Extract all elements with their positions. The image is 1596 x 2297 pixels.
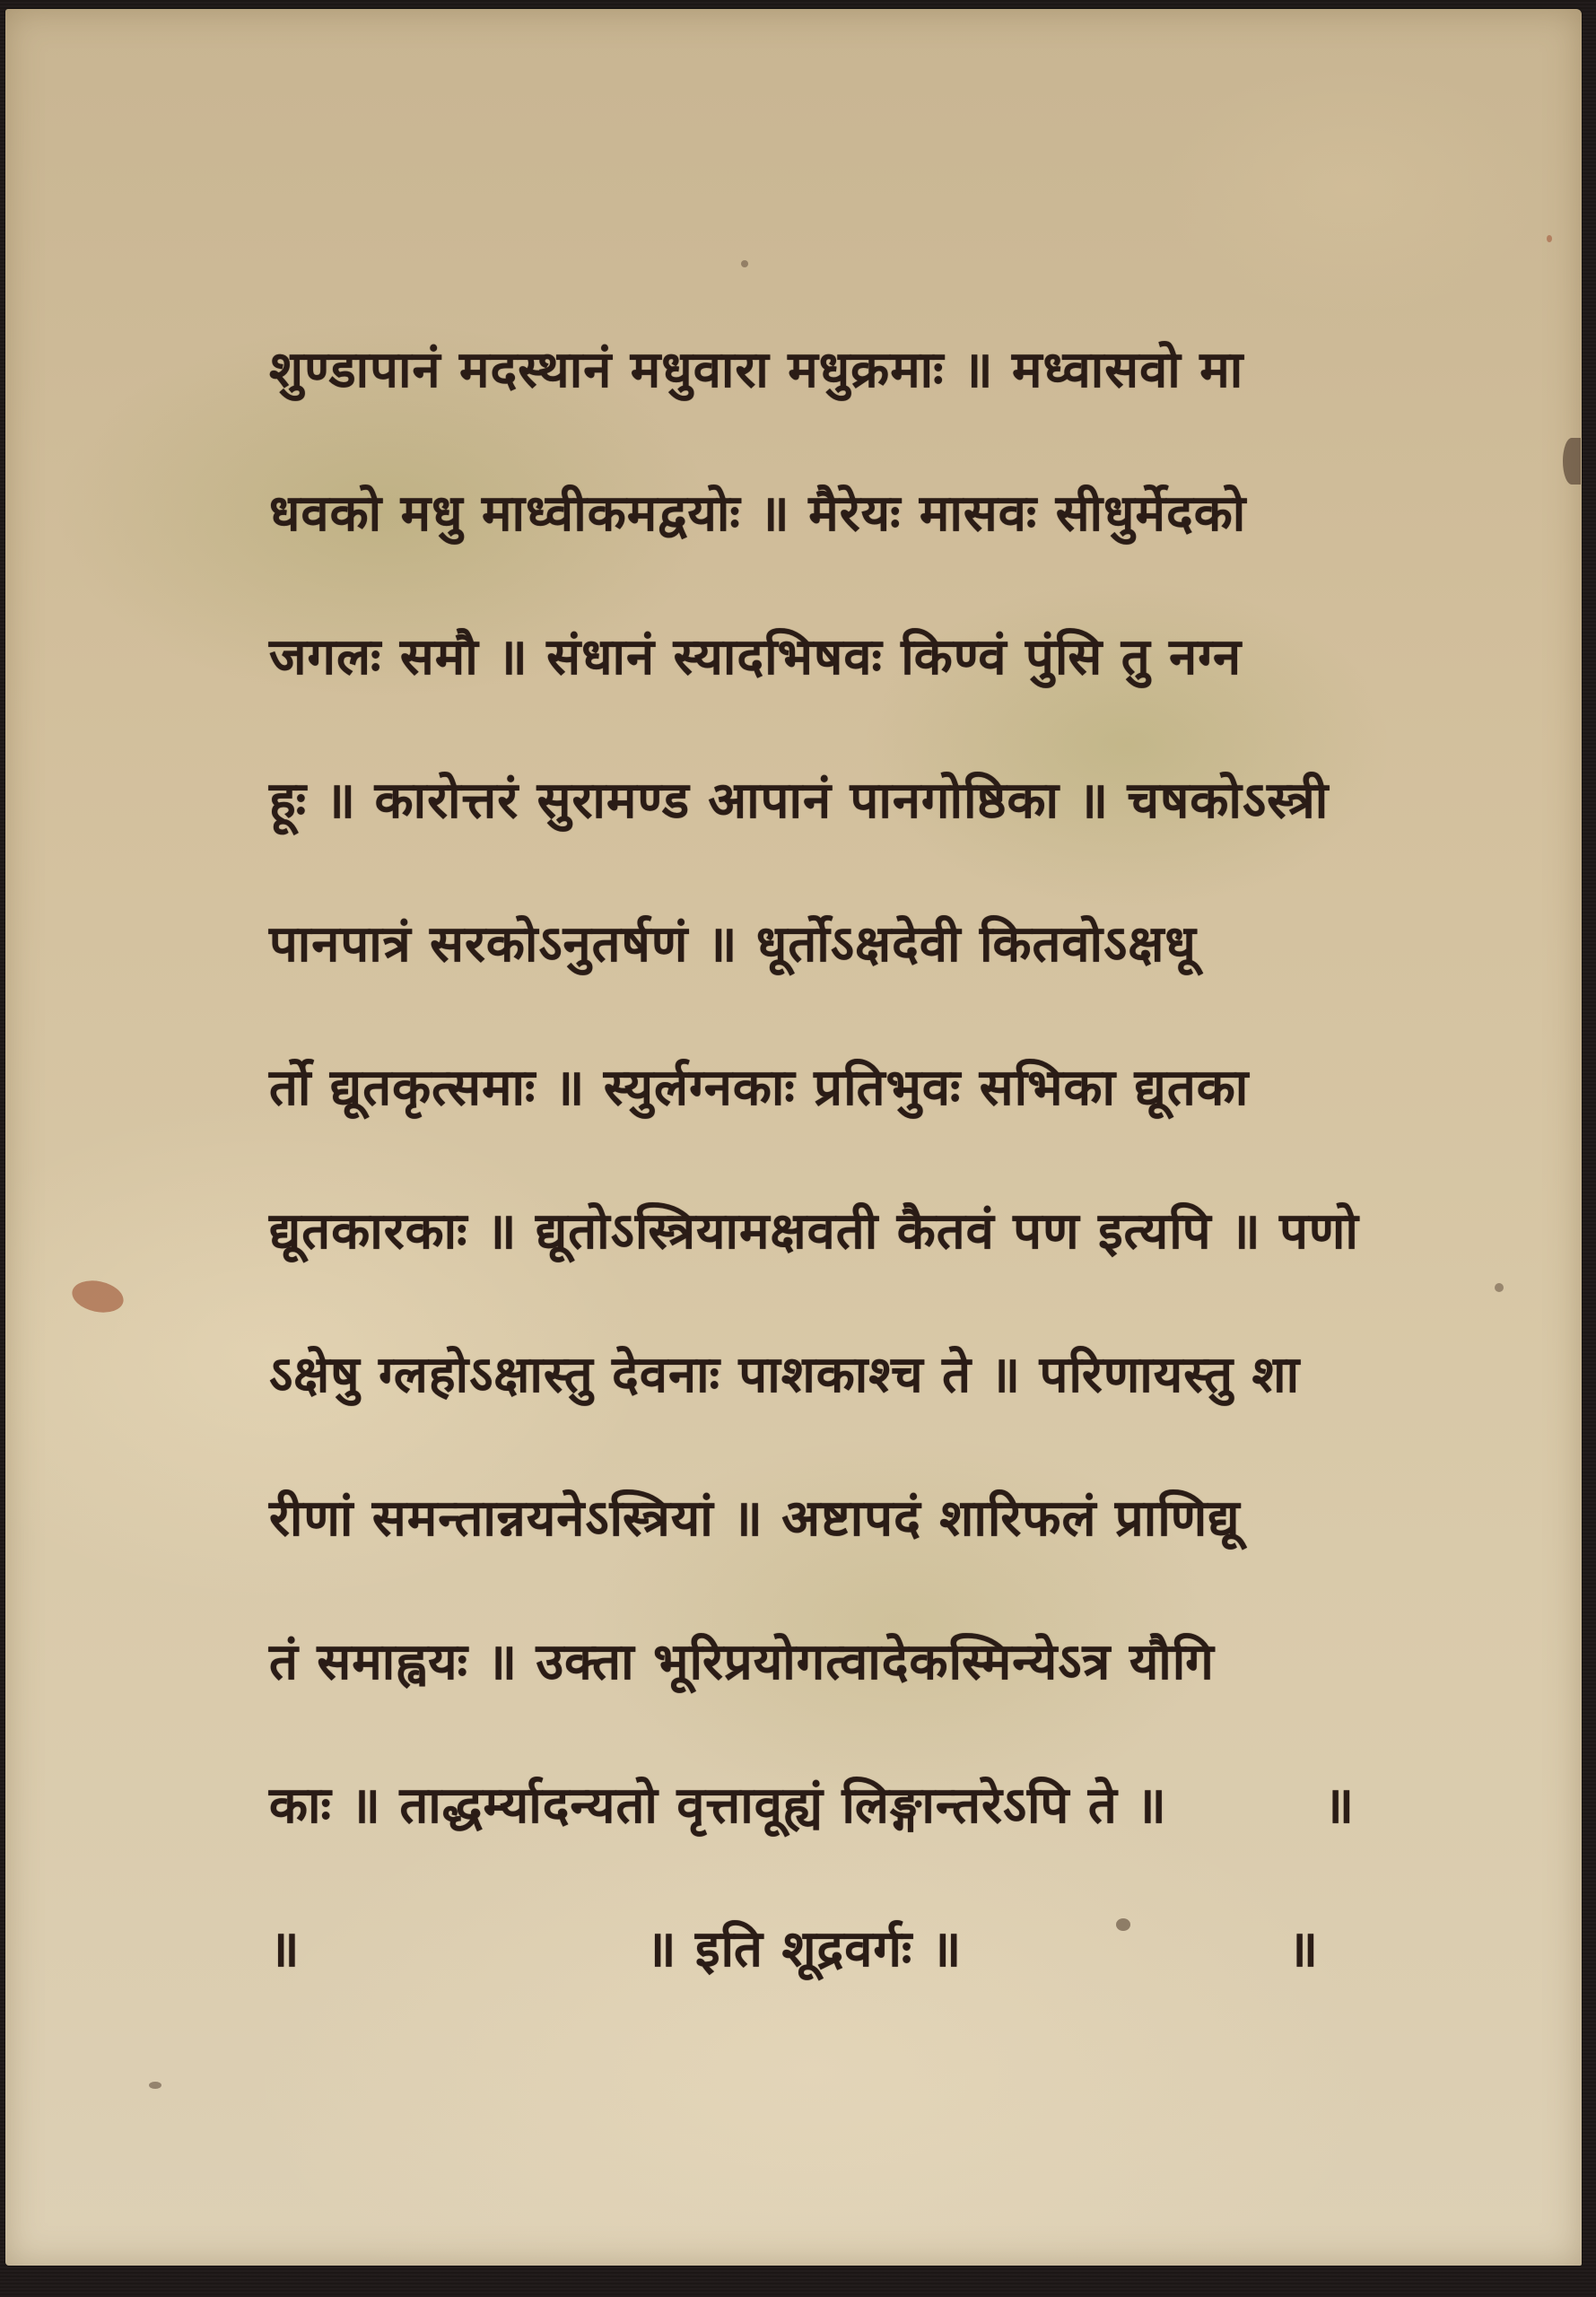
double-danda-mark: ॥	[1323, 1769, 1355, 1838]
line-text: हूः ॥ कारोत्तरं सुरामण्ड आपानं पानगोष्ठि…	[269, 764, 1329, 833]
colophon-title: ॥ इति शूद्रवर्गः ॥	[646, 1913, 962, 1981]
text-line-3: जगलः समौ ॥ संधानं स्यादभिषवः किण्वं पुंस…	[269, 583, 1373, 727]
line-text: शुण्डापानं मदस्थानं मधुवारा मधुक्रमाः ॥ …	[269, 334, 1243, 402]
text-line-1: शुण्डापानं मदस्थानं मधुवारा मधुक्रमाः ॥ …	[269, 296, 1373, 440]
paper-speck	[1563, 438, 1581, 485]
paper-speck	[149, 2082, 161, 2089]
text-line-8: ऽक्षेषु ग्लहोऽक्षास्तु देवनाः पाशकाश्च त…	[269, 1301, 1373, 1445]
paper-speck	[1495, 1283, 1504, 1292]
line-text: काः ॥ ताद्धर्म्यादन्यतो वृत्तावूह्यं लिङ…	[269, 1769, 1167, 1838]
text-line-9: रीणां समन्तान्नयनेऽस्त्रियां ॥ अष्टापदं …	[269, 1445, 1373, 1588]
text-line-7: द्यूतकारकाः ॥ द्यूतोऽस्त्रियामक्षवती कैत…	[269, 1157, 1373, 1301]
line-text: तं समाह्वयः ॥ उक्ता भूरिप्रयोगत्वादेकस्म…	[269, 1626, 1215, 1694]
line-text: धवको मधु माध्वीकमद्वयोः ॥ मैरेयः मासवः स…	[269, 477, 1246, 546]
paper-stain	[69, 1276, 126, 1316]
text-line-10: तं समाह्वयः ॥ उक्ता भूरिप्रयोगत्वादेकस्म…	[269, 1588, 1373, 1732]
text-line-11: काः ॥ ताद्धर्म्यादन्यतो वृत्तावूह्यं लिङ…	[269, 1732, 1373, 1875]
paper-speck	[741, 260, 748, 267]
double-danda-mark: ॥	[1287, 1913, 1319, 1981]
line-text: जगलः समौ ॥ संधानं स्यादभिषवः किण्वं पुंस…	[269, 621, 1242, 689]
text-line-4: हूः ॥ कारोत्तरं सुरामण्ड आपानं पानगोष्ठि…	[269, 727, 1373, 870]
text-line-2: धवको मधु माध्वीकमद्वयोः ॥ मैरेयः मासवः स…	[269, 440, 1373, 583]
line-text: र्तो द्यूतकृत्समाः ॥ स्युर्लग्नकाः प्रति…	[269, 1052, 1249, 1120]
line-text: पानपात्रं सरकोऽनुतर्षणं ॥ धूर्तोऽक्षदेवी…	[269, 908, 1197, 976]
paper-speck	[1547, 235, 1552, 242]
line-text: रीणां समन्तान्नयनेऽस्त्रियां ॥ अष्टापदं …	[269, 1482, 1241, 1550]
double-danda-mark: ॥	[269, 1913, 301, 1981]
manuscript-text: शुण्डापानं मदस्थानं मधुवारा मधुक्रमाः ॥ …	[269, 296, 1373, 2019]
text-line-6: र्तो द्यूतकृत्समाः ॥ स्युर्लग्नकाः प्रति…	[269, 1014, 1373, 1157]
colophon-line: ॥ ॥ इति शूद्रवर्गः ॥ ॥	[269, 1875, 1373, 2019]
text-line-5: पानपात्रं सरकोऽनुतर्षणं ॥ धूर्तोऽक्षदेवी…	[269, 870, 1373, 1014]
line-text: द्यूतकारकाः ॥ द्यूतोऽस्त्रियामक्षवती कैत…	[269, 1195, 1359, 1263]
line-text: ऽक्षेषु ग्लहोऽक्षास्तु देवनाः पाशकाश्च त…	[269, 1339, 1300, 1407]
